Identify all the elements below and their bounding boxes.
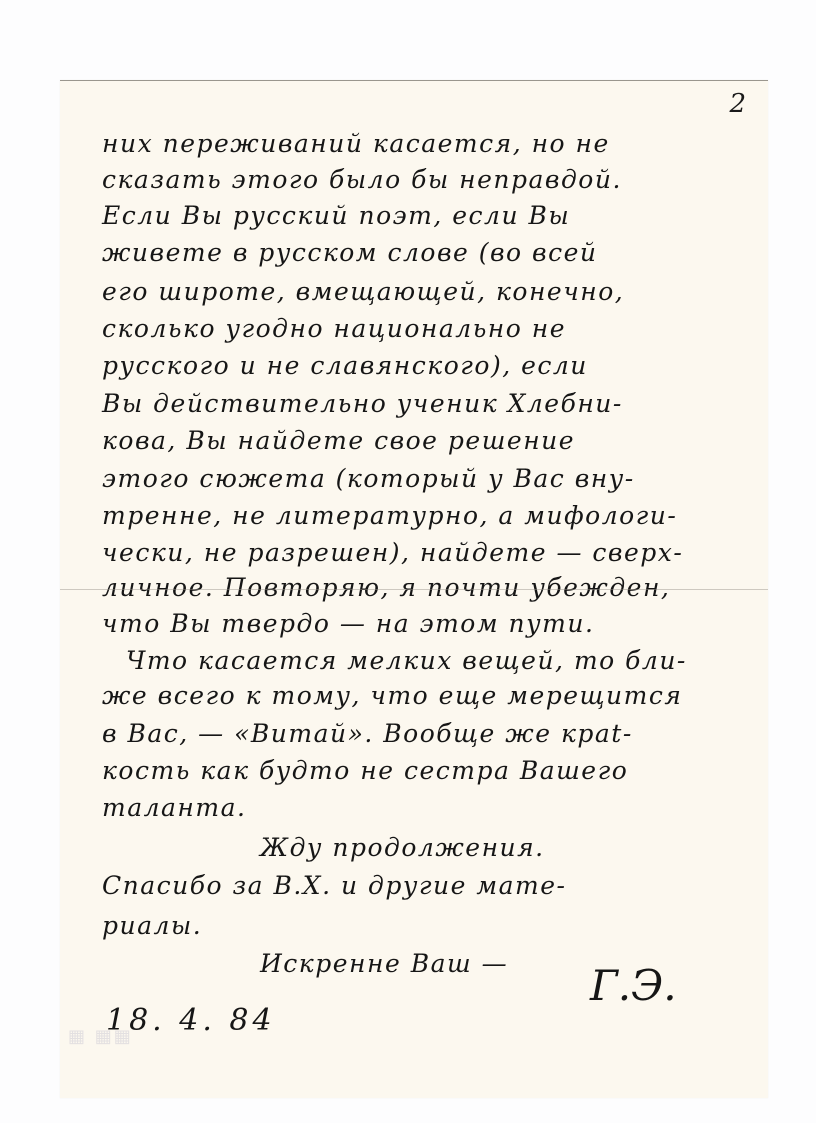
letter-line: кость как будто не сестра Вашего bbox=[102, 756, 628, 785]
closing-line: Жду продолжения. bbox=[260, 833, 545, 862]
letter-line: кова, Вы найдете свое решение bbox=[102, 426, 575, 455]
letter-line: таланта. bbox=[102, 793, 246, 822]
closing-line: риалы. bbox=[102, 911, 202, 940]
letter-line: сколько угодно национально не bbox=[102, 314, 566, 343]
letter-line: чески, не разрешен), найдете — сверх- bbox=[102, 538, 683, 567]
letter-line: сказать этого было бы неправдой. bbox=[102, 165, 622, 194]
letter-line: же всего к тому, что еще мерещится bbox=[102, 681, 682, 710]
letter-line: Вы действительно ученик Хлебни- bbox=[102, 389, 623, 418]
letter-line: них переживаний касается, но не bbox=[102, 129, 610, 158]
letter-line: его широте, вмещающей, конечно, bbox=[102, 277, 624, 306]
letter-line: русского и не славянского), если bbox=[102, 351, 588, 380]
closing-salutation: Искренне Ваш — bbox=[260, 949, 508, 978]
paper-fold-line bbox=[60, 589, 768, 590]
letter-line: что Вы твердо — на этом пути. bbox=[102, 609, 594, 638]
letter-line: в Вас, — «Витай». Вообще же краt- bbox=[102, 719, 633, 748]
closing-line: Спасибо за В.Х. и другие мате- bbox=[102, 871, 566, 900]
signature: Г.Э. bbox=[590, 961, 677, 1010]
page-number: 2 bbox=[729, 89, 746, 119]
letter-date: 18. 4. 84 bbox=[106, 1003, 276, 1038]
letter-line: тренне, не литературно, а мифологи- bbox=[102, 501, 677, 530]
letter-line: личное. Повторяю, я почти убежден, bbox=[102, 573, 670, 602]
letter-line: Что касается мелких вещей, то бли- bbox=[126, 646, 687, 675]
letter-page: 2 них переживаний касается, но не сказат… bbox=[60, 80, 768, 1098]
letter-line: живете в русском слове (во всей bbox=[102, 238, 598, 267]
letter-line: Если Вы русский поэт, если Вы bbox=[102, 201, 570, 230]
letter-line: этого сюжета (который у Вас вну- bbox=[102, 464, 635, 493]
